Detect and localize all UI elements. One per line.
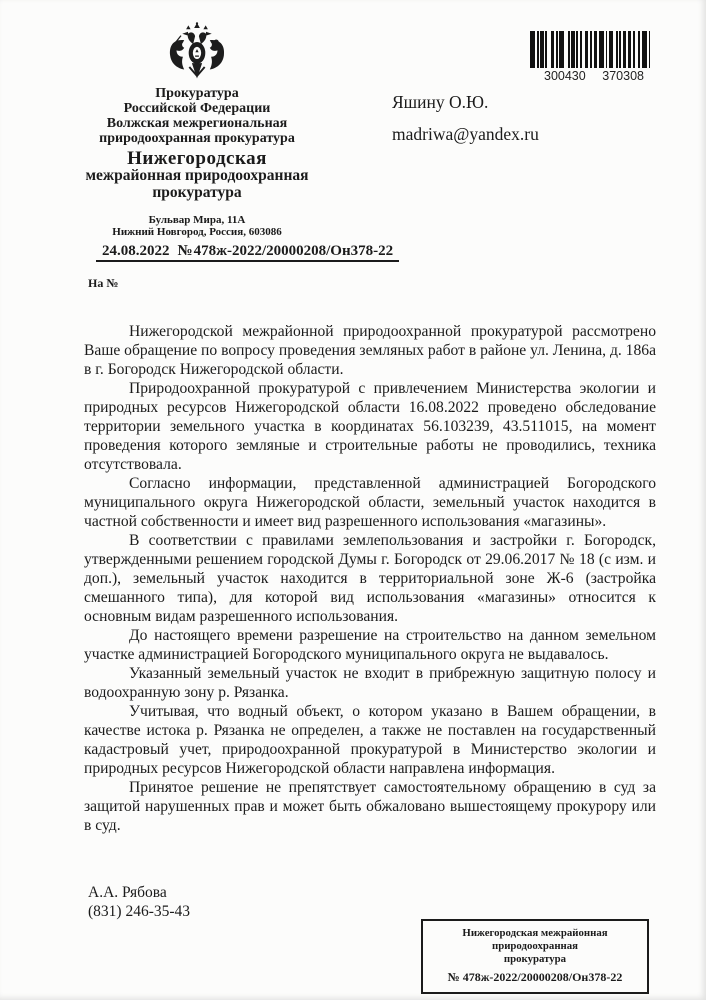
barcode: 300430 370308 (530, 31, 654, 83)
address-line-2: Нижний Новгород, Россия, 603086 (38, 227, 356, 239)
executor-name: А.А. Рябова (88, 883, 190, 902)
numero-sign: № (178, 243, 193, 259)
registration-stamp: Нижегородская межрайонная природоохранна… (421, 919, 649, 994)
paragraph: Нижегородской межрайонной природоохранно… (84, 322, 656, 379)
reference-date: 24.08.2022 (102, 243, 170, 259)
barcode-digits: 300430 370308 (530, 68, 654, 83)
paragraph: Учитывая, что водный объект, о котором у… (84, 702, 656, 778)
letterhead-address: Бульвар Мира, 11А Нижний Новгород, Росси… (38, 215, 356, 238)
recipient-block: Яшину О.Ю. madriwa@yandex.ru (392, 92, 539, 145)
executor-phone: (831) 246-35-43 (88, 902, 190, 921)
paragraph: До настоящего времени разрешение на стро… (84, 626, 656, 664)
paragraph: В соответствии с правилами землепользова… (84, 531, 656, 626)
reference-number: 478ж-2022/20000208/Он378-22 (194, 243, 394, 259)
org-name-large: Нижегородская (38, 149, 356, 168)
scanned-letter-page: Прокуратура Российской Федерации Волжска… (0, 0, 706, 1000)
coat-of-arms-icon (165, 22, 229, 80)
stamp-org-line-1: Нижегородская межрайонная природоохранна… (427, 927, 643, 953)
org-name-rest-2: прокуратура (38, 185, 356, 202)
letterhead: Прокуратура Российской Федерации Волжска… (38, 22, 356, 238)
stamp-number: № 478ж-2022/20000208/Он378-22 (427, 970, 643, 985)
address-line-1: Бульвар Мира, 11А (38, 215, 356, 227)
barcode-digits-right: 370308 (602, 69, 644, 83)
org-line-2: Российской Федерации (38, 101, 356, 116)
org-name-rest-1: межрайонная природоохранная (38, 168, 356, 185)
paragraph: Указанный земельный участок не входит в … (84, 664, 656, 702)
letter-body: Нижегородской межрайонной природоохранно… (84, 322, 656, 835)
recipient-name: Яшину О.Ю. (392, 92, 539, 113)
org-line-1: Прокуратура (38, 86, 356, 101)
barcode-bars (530, 31, 654, 68)
outgoing-reference: 24.08.2022№478ж-2022/20000208/Он378-22 (96, 243, 399, 260)
org-line-4: природоохранная прокуратура (38, 131, 356, 146)
org-line-3: Волжская межрегиональная (38, 116, 356, 131)
paragraph: Согласно информации, представленной адми… (84, 474, 656, 531)
paragraph: Природоохранной прокуратурой с привлечен… (84, 379, 656, 474)
executor-block: А.А. Рябова (831) 246-35-43 (88, 883, 190, 921)
stamp-org-line-2: прокуратура (427, 953, 643, 966)
barcode-digits-left: 300430 (544, 69, 586, 83)
recipient-email: madriwa@yandex.ru (392, 124, 539, 145)
paragraph: Принятое решение не препятствует самосто… (84, 778, 656, 835)
reply-to-label: На № (88, 276, 118, 291)
